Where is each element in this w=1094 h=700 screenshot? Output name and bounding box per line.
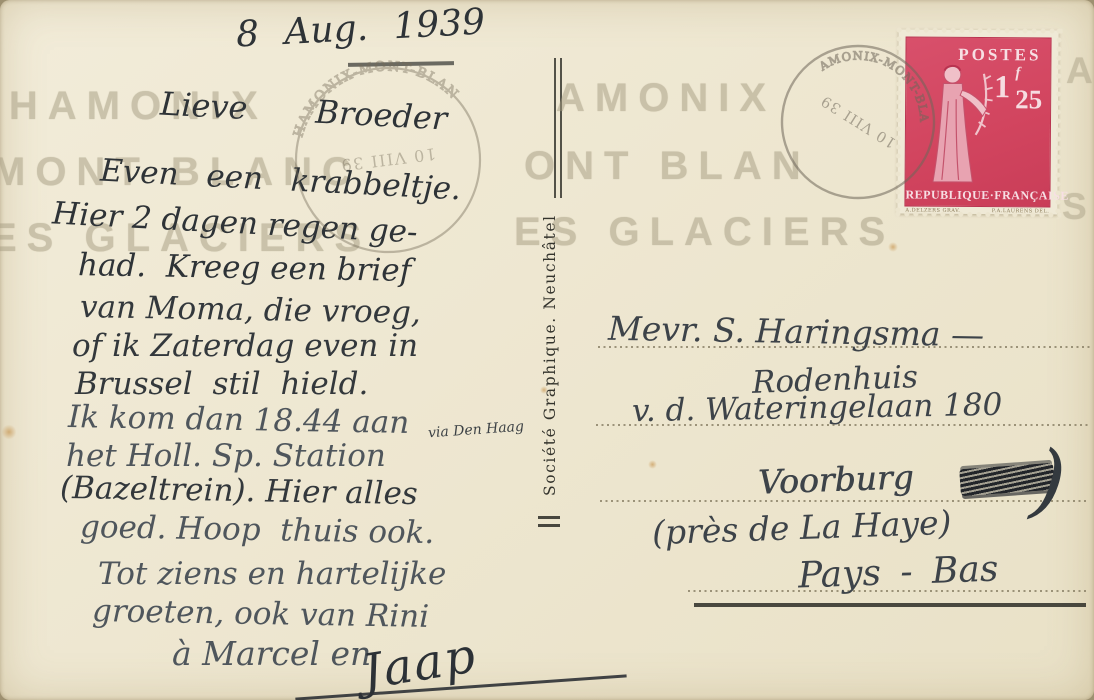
printed-top-rule (348, 61, 454, 66)
paper-stain (2, 424, 16, 440)
message-line: Lieve Broeder (159, 85, 448, 138)
message-line: of ik Zaterdag even in (72, 328, 418, 364)
message-line: het Holl. Sp. Station (66, 438, 386, 474)
message-line: Ik kom dan 18.44 aan (68, 399, 410, 441)
paper-stain (888, 242, 898, 252)
publisher-text: Société Graphique. Neuchâtel (541, 222, 559, 496)
date-line: 8 Aug. 1939 (235, 2, 486, 56)
address-dotted-line-3 (600, 500, 1086, 502)
stamp-country-label: REPUBLIQUE·FRANÇAISE (905, 187, 1049, 203)
slogan-cancel-mid-3: ES GLACIERS (514, 210, 895, 255)
message-line: groeten, ook van Rini (92, 593, 430, 635)
message-line: Brussel stil hield. (75, 366, 368, 402)
paper-stain (648, 460, 657, 469)
address-line: Pays - Bas (797, 549, 999, 597)
address-bottom-rule (694, 603, 1086, 607)
stamp-perforation (1053, 27, 1063, 219)
address-line: (près de La Haye) (651, 503, 952, 552)
stamp-value-dec: 25 (1015, 84, 1042, 115)
slogan-cancel-mid-2: ONT BLAN (524, 144, 811, 189)
message-line: (Bazeltrein). Hier alles (60, 470, 418, 512)
stamp-panel: POSTES 1 f 25 REPUBLIQUE·FRANÇAISE (904, 36, 1051, 207)
cds-date-text: 10 VIII 39 (818, 92, 899, 151)
slogan-cancel-mid-1: AMONIX (556, 76, 776, 121)
closing-paren: ) (1027, 432, 1070, 530)
address-line: Mevr. S. Haringsma — (608, 309, 985, 355)
inserted-note: via Den Haag (428, 419, 525, 442)
stamp-perforation (895, 25, 1063, 35)
publisher-imprint: Société Graphique. Neuchâtel (541, 222, 561, 496)
divider-mark-top (538, 516, 560, 519)
address-line: v. d. Wateringelaan 180 (632, 387, 1003, 429)
message-line: Tot ziens en hartelijke (98, 556, 446, 592)
message-line: goed. Hoop thuis ook. (80, 509, 435, 551)
postage-stamp: POSTES 1 f 25 REPUBLIQUE·FRANÇAISE A.DEL… (897, 29, 1058, 214)
paper-stain (540, 386, 548, 394)
address-line: Voorburg (757, 457, 914, 501)
message-line: à Marcel en (172, 634, 371, 673)
stamp-perforation (893, 209, 1061, 219)
divider-mark-bottom (538, 524, 560, 527)
postcard-scan: Société Graphique. Neuchâtel CHAMONIX MO… (0, 0, 1094, 700)
postcard-back: Société Graphique. Neuchâtel CHAMONIX MO… (0, 0, 1094, 700)
message-line: had. Kreeg een brief (78, 247, 412, 289)
slogan-cancel-right-frag-1: A (1066, 50, 1094, 92)
stamp-perforation (893, 25, 903, 217)
message-line: van Moma, die vroeg, (80, 289, 421, 331)
stamp-value-sup: f (1015, 65, 1020, 82)
peace-figure-icon (912, 60, 1005, 187)
